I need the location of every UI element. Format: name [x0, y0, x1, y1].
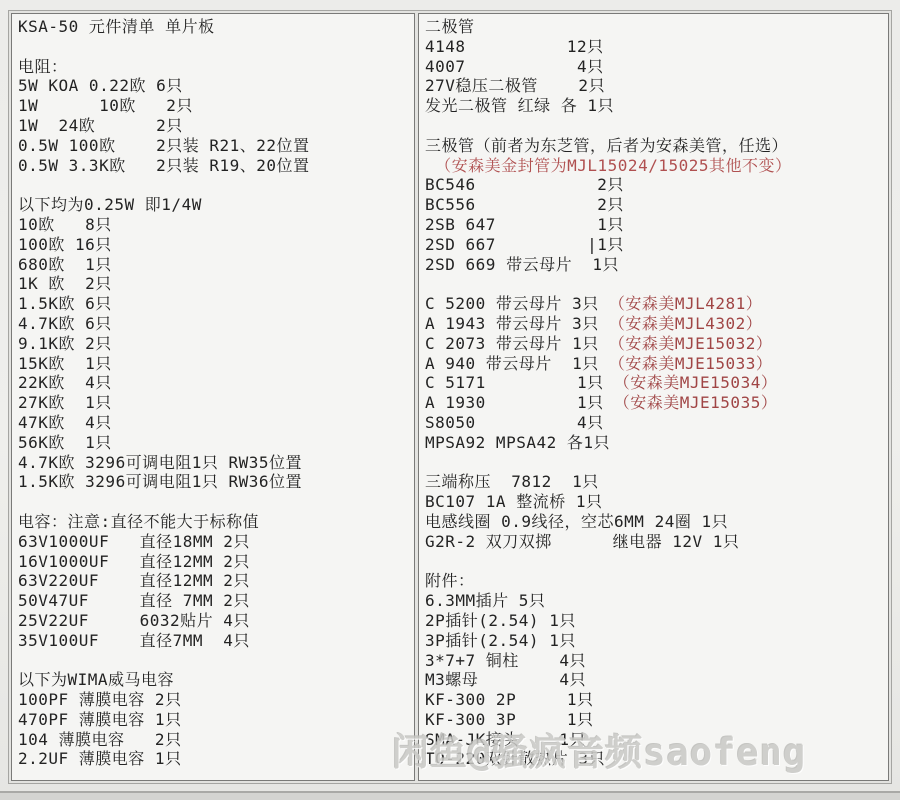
text-line: 3P插针(2.54) 1只 — [425, 631, 882, 651]
line-text: 27V稳压二极管 2只 — [425, 76, 605, 95]
line-text: 2SB 647 1只 — [425, 215, 624, 234]
line-text: 16V1000UF 直径12MM 2只 — [18, 552, 250, 571]
red-annotation: （安森美MJL4281） — [609, 294, 762, 313]
line-text: C 5200 带云母片 3只 — [425, 294, 609, 313]
line-text: 56K欧 1只 — [18, 433, 112, 452]
line-text: S8050 4只 — [425, 413, 604, 432]
line-text: M3螺母 4只 — [425, 670, 586, 689]
text-line: 三极管（前者为东芝管，后者为安森美管，任选） — [425, 136, 882, 156]
line-text: MPSA92 MPSA42 各1只 — [425, 433, 610, 452]
line-text: 27K欧 1只 — [18, 393, 112, 412]
red-annotation: （安森美MJE15035） — [614, 393, 778, 412]
text-line: 56K欧 1只 — [18, 433, 408, 453]
text-line — [425, 453, 882, 473]
text-line: 三端称压 7812 1只 — [425, 472, 882, 492]
line-text: 0.5W 3.3K欧 2只装 R19、20位置 — [18, 156, 310, 175]
text-line: 9.1K欧 2只 — [18, 334, 408, 354]
text-line: 0.5W 100欧 2只装 R21、22位置 — [18, 136, 408, 156]
line-text: KF-300 3P 1只 — [425, 710, 594, 729]
text-line: 附件： — [425, 571, 882, 591]
text-line: C 5200 带云母片 3只 （安森美MJL4281） — [425, 294, 882, 314]
text-line: KF-300 3P 1只 — [425, 710, 882, 730]
text-line: 100PF 薄膜电容 2只 — [18, 690, 408, 710]
photo-bottom-edge — [0, 791, 900, 800]
text-line: 5W KOA 0.22欧 6只 — [18, 76, 408, 96]
line-text: 电容：注意:直径不能大于标称值 — [18, 512, 259, 531]
text-line: BC556 2只 — [425, 195, 882, 215]
red-annotation: （安森美MJL4302） — [609, 314, 762, 333]
line-text: 35V100UF 直径7MM 4只 — [18, 631, 250, 650]
text-line: 680欧 1只 — [18, 255, 408, 275]
text-line: 以下为WIMA威马电容 — [18, 670, 408, 690]
text-line — [425, 274, 882, 294]
text-line: 电容：注意:直径不能大于标称值 — [18, 512, 408, 532]
line-text: TO-220双针散热片 3只 — [425, 749, 605, 768]
line-text: 1.5K欧 3296可调电阻1只 RW36位置 — [18, 472, 302, 491]
text-line: S8050 4只 — [425, 413, 882, 433]
text-line: C 2073 带云母片 1只 （安森美MJE15032） — [425, 334, 882, 354]
text-line — [18, 175, 408, 195]
line-text: KF-300 2P 1只 — [425, 690, 594, 709]
line-text: 15K欧 1只 — [18, 354, 112, 373]
line-text: A 940 带云母片 1只 — [425, 354, 609, 373]
text-line: 2SB 647 1只 — [425, 215, 882, 235]
line-text: 6.3MM插片 5只 — [425, 591, 545, 610]
text-line: SMA-JK接头 1只 — [425, 730, 882, 750]
line-text: 50V47UF 直径 7MM 2只 — [18, 591, 250, 610]
text-line: BC107 1A 整流桥 1只 — [425, 492, 882, 512]
line-text: C 2073 带云母片 1只 — [425, 334, 609, 353]
text-line: 100欧 16只 — [18, 235, 408, 255]
line-text: 1W 10欧 2只 — [18, 96, 193, 115]
text-line: 25V22UF 6032贴片 4只 — [18, 611, 408, 631]
line-text: 三极管（前者为东芝管，后者为安森美管，任选） — [425, 136, 788, 155]
text-line: 1.5K欧 6只 — [18, 294, 408, 314]
parts-column-right: 二极管4148 12只4007 4只27V稳压二极管 2只发光二极管 红绿 各 … — [418, 13, 889, 781]
line-text: 2SD 667 |1只 — [425, 235, 624, 254]
line-text: 104 薄膜电容 2只 — [18, 730, 182, 749]
text-line: 发光二极管 红绿 各 1只 — [425, 96, 882, 116]
text-line: MPSA92 MPSA42 各1只 — [425, 433, 882, 453]
text-line: 电感线圈 0.9线径，空芯6MM 24圈 1只 — [425, 512, 882, 532]
text-line: （安森美金封管为MJL15024/15025其他不变） — [425, 156, 882, 176]
text-line: 47K欧 4只 — [18, 413, 408, 433]
line-text: 以下为WIMA威马电容 — [18, 670, 174, 689]
document-photo: KSA-50 元件清单 单片板 电阻：5W KOA 0.22欧 6只1W 10欧… — [0, 0, 900, 800]
line-text: 电阻： — [18, 57, 68, 76]
text-line: G2R-2 双刀双掷 继电器 12V 1只 — [425, 532, 882, 552]
text-line: 以下均为0.25W 即1/4W — [18, 195, 408, 215]
line-text: 22K欧 4只 — [18, 373, 112, 392]
line-text: 附件： — [425, 571, 475, 590]
line-text: 63V1000UF 直径18MM 2只 — [18, 532, 250, 551]
line-text: A 1943 带云母片 3只 — [425, 314, 609, 333]
text-line: C 5171 1只 （安森美MJE15034） — [425, 373, 882, 393]
line-text: C 5171 1只 — [425, 373, 614, 392]
text-line: 1K 欧 2只 — [18, 274, 408, 294]
parts-table: KSA-50 元件清单 单片板 电阻：5W KOA 0.22欧 6只1W 10欧… — [8, 10, 892, 784]
text-line: 4.7K欧 6只 — [18, 314, 408, 334]
text-line: 1W 10欧 2只 — [18, 96, 408, 116]
text-line: 2.2UF 薄膜电容 1只 — [18, 749, 408, 769]
red-annotation: （安森美MJE15033） — [609, 354, 773, 373]
line-text: 以下均为0.25W 即1/4W — [18, 195, 202, 214]
line-text: 1K 欧 2只 — [18, 274, 112, 293]
text-line: A 1930 1只 （安森美MJE15035） — [425, 393, 882, 413]
text-line: BC546 2只 — [425, 175, 882, 195]
text-line: TO-220双针散热片 3只 — [425, 749, 882, 769]
line-text: 二极管 — [425, 17, 475, 36]
text-line: KSA-50 元件清单 单片板 — [18, 17, 408, 37]
red-annotation: （安森美MJE15032） — [609, 334, 773, 353]
text-line: 二极管 — [425, 17, 882, 37]
text-line: 1.5K欧 3296可调电阻1只 RW36位置 — [18, 472, 408, 492]
line-text: 680欧 1只 — [18, 255, 112, 274]
line-text: 4.7K欧 3296可调电阻1只 RW35位置 — [18, 453, 302, 472]
text-line: 50V47UF 直径 7MM 2只 — [18, 591, 408, 611]
line-text: 2P插针(2.54) 1只 — [425, 611, 576, 630]
line-text: 470PF 薄膜电容 1只 — [18, 710, 182, 729]
text-line: 27K欧 1只 — [18, 393, 408, 413]
line-text: 5W KOA 0.22欧 6只 — [18, 76, 183, 95]
line-text: BC107 1A 整流桥 1只 — [425, 492, 602, 511]
line-text: 4.7K欧 6只 — [18, 314, 112, 333]
line-text: 3*7+7 铜柱 4只 — [425, 651, 586, 670]
text-line — [18, 651, 408, 671]
text-line: 1W 24欧 2只 — [18, 116, 408, 136]
text-line: A 940 带云母片 1只 （安森美MJE15033） — [425, 354, 882, 374]
line-text: 2.2UF 薄膜电容 1只 — [18, 749, 182, 768]
text-line: 0.5W 3.3K欧 2只装 R19、20位置 — [18, 156, 408, 176]
line-text: 2SD 669 带云母片 1只 — [425, 255, 619, 274]
line-text: 电感线圈 0.9线径，空芯6MM 24圈 1只 — [425, 512, 728, 531]
line-text: G2R-2 双刀双掷 继电器 12V 1只 — [425, 532, 739, 551]
line-text: A 1930 1只 — [425, 393, 614, 412]
line-text: 47K欧 4只 — [18, 413, 112, 432]
line-text: 10欧 8只 — [18, 215, 112, 234]
text-line: 4148 12只 — [425, 37, 882, 57]
text-line: 15K欧 1只 — [18, 354, 408, 374]
line-text: 发光二极管 红绿 各 1只 — [425, 96, 614, 115]
line-text: 1W 24欧 2只 — [18, 116, 183, 135]
text-line: A 1943 带云母片 3只 （安森美MJL4302） — [425, 314, 882, 334]
red-annotation: （安森美金封管为MJL15024/15025其他不变） — [425, 156, 792, 175]
line-text: 3P插针(2.54) 1只 — [425, 631, 576, 650]
line-text: 63V220UF 直径12MM 2只 — [18, 571, 250, 590]
text-line: M3螺母 4只 — [425, 670, 882, 690]
text-line — [425, 116, 882, 136]
parts-column-left: KSA-50 元件清单 单片板 电阻：5W KOA 0.22欧 6只1W 10欧… — [11, 13, 415, 781]
text-line: 3*7+7 铜柱 4只 — [425, 651, 882, 671]
text-line: 22K欧 4只 — [18, 373, 408, 393]
line-text: BC546 2只 — [425, 175, 624, 194]
text-line: 27V稳压二极管 2只 — [425, 76, 882, 96]
text-line: 2SD 667 |1只 — [425, 235, 882, 255]
text-line: KF-300 2P 1只 — [425, 690, 882, 710]
line-text: 4148 12只 — [425, 37, 604, 56]
text-line: 4.7K欧 3296可调电阻1只 RW35位置 — [18, 453, 408, 473]
text-line: 35V100UF 直径7MM 4只 — [18, 631, 408, 651]
text-line — [18, 492, 408, 512]
red-annotation: （安森美MJE15034） — [614, 373, 778, 392]
text-line — [425, 552, 882, 572]
line-text: 1.5K欧 6只 — [18, 294, 112, 313]
line-text: SMA-JK接头 1只 — [425, 730, 586, 749]
line-text: 9.1K欧 2只 — [18, 334, 112, 353]
line-text: 25V22UF 6032贴片 4只 — [18, 611, 250, 630]
text-line: 470PF 薄膜电容 1只 — [18, 710, 408, 730]
line-text: 0.5W 100欧 2只装 R21、22位置 — [18, 136, 310, 155]
text-line: 16V1000UF 直径12MM 2只 — [18, 552, 408, 572]
text-line: 6.3MM插片 5只 — [425, 591, 882, 611]
text-line: 63V1000UF 直径18MM 2只 — [18, 532, 408, 552]
line-text: 100PF 薄膜电容 2只 — [18, 690, 182, 709]
text-line: 10欧 8只 — [18, 215, 408, 235]
line-text: KSA-50 元件清单 单片板 — [18, 17, 215, 36]
text-line: 2P插针(2.54) 1只 — [425, 611, 882, 631]
text-line: 4007 4只 — [425, 57, 882, 77]
line-text: 100欧 16只 — [18, 235, 112, 254]
text-line — [18, 37, 408, 57]
line-text: 三端称压 7812 1只 — [425, 472, 599, 491]
line-text: 4007 4只 — [425, 57, 604, 76]
line-text: BC556 2只 — [425, 195, 624, 214]
text-line: 电阻： — [18, 57, 408, 77]
text-line: 104 薄膜电容 2只 — [18, 730, 408, 750]
text-line: 63V220UF 直径12MM 2只 — [18, 571, 408, 591]
text-line: 2SD 669 带云母片 1只 — [425, 255, 882, 275]
